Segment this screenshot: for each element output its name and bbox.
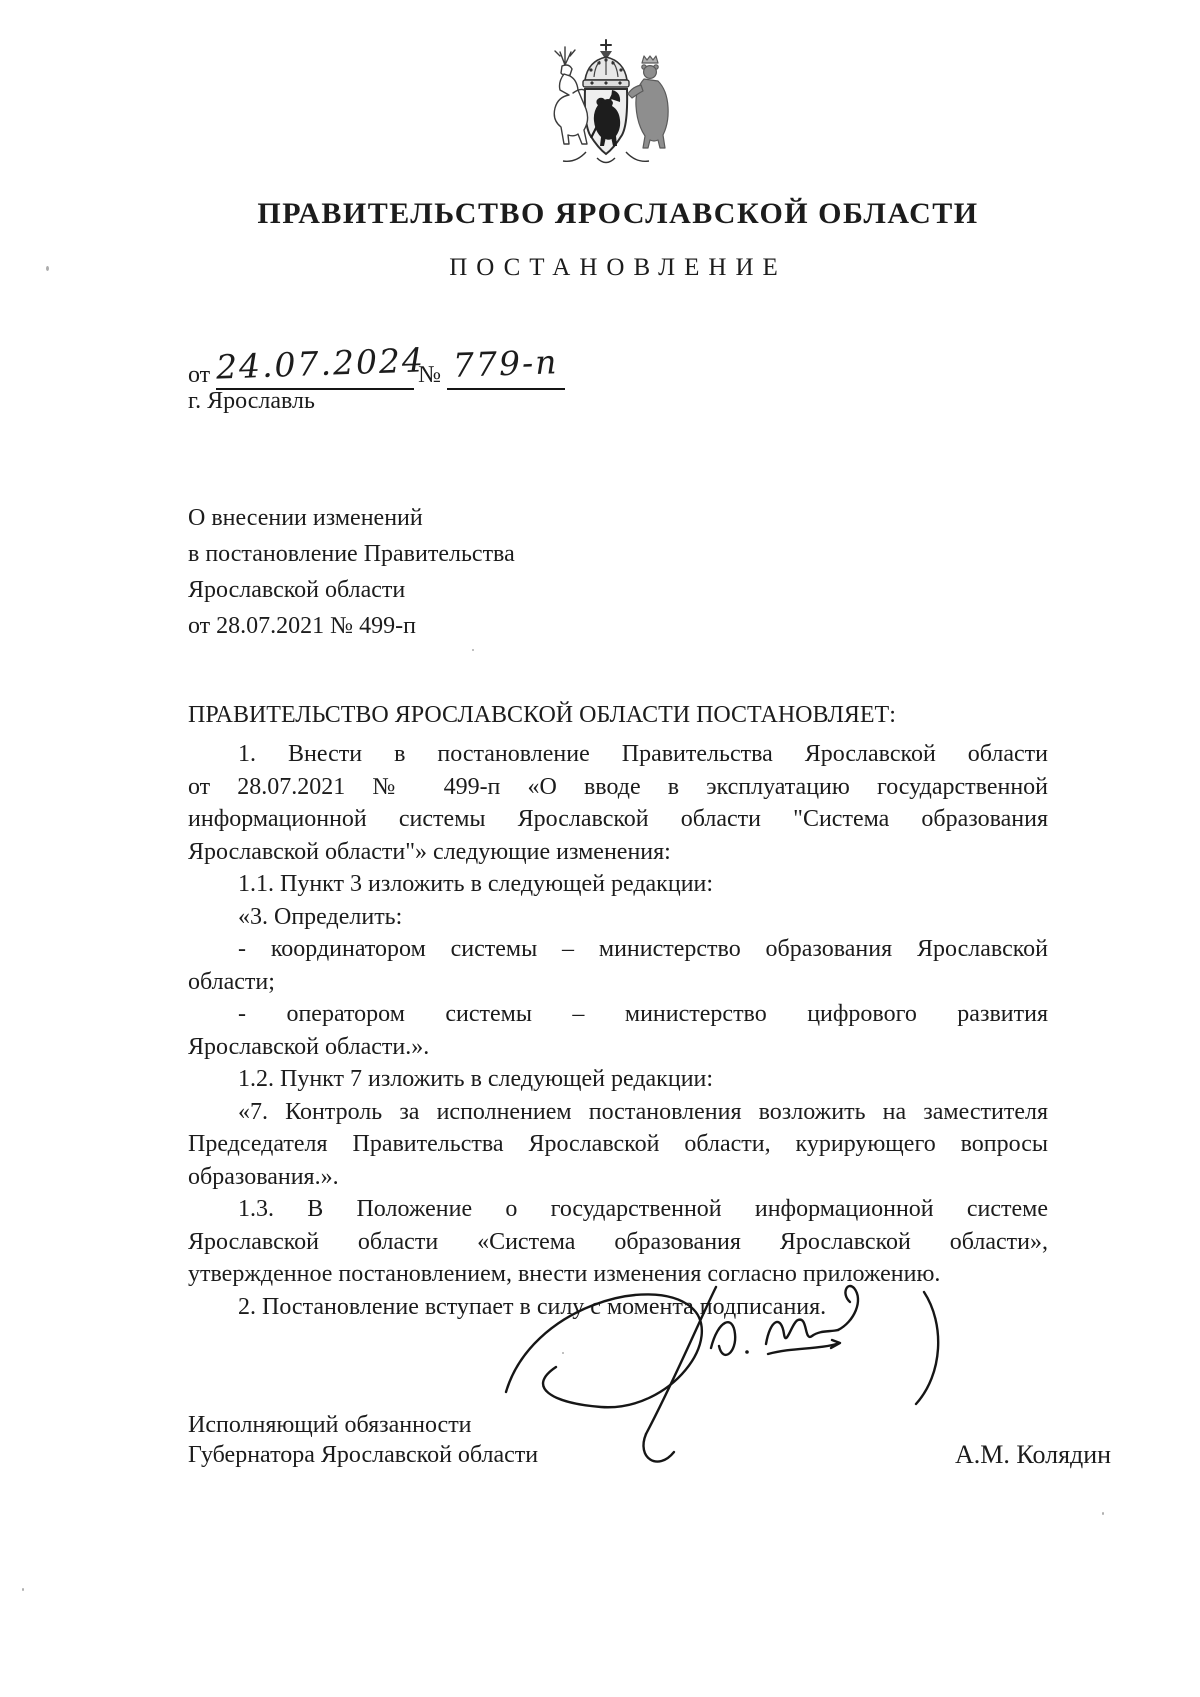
text-line: «3. Определить: (188, 901, 1048, 934)
subject-line: в постановление Правительства (188, 536, 515, 572)
decree-document-page: ПРАВИТЕЛЬСТВО ЯРОСЛАВСКОЙ ОБЛАСТИ ПОСТАН… (0, 0, 1200, 1697)
text-line: Ярославской области"» следующие изменени… (188, 836, 1048, 869)
resolution-heading: ПРАВИТЕЛЬСТВО ЯРОСЛАВСКОЙ ОБЛАСТИ ПОСТАН… (188, 702, 1048, 729)
paragraph-quote-7: «7. Контроль за исполнением постановлени… (188, 1096, 1048, 1194)
scan-speck (1102, 1512, 1104, 1515)
text-line: Ярославской области «Система образования… (188, 1226, 1048, 1259)
doc-type-heading: ПОСТАНОВЛЕНИЕ (188, 254, 1048, 282)
subject-line: от 28.07.2021 № 499-п (188, 608, 515, 644)
text-line: 1.2. Пункт 7 изложить в следующей редакц… (188, 1063, 1048, 1096)
signature-icon (486, 1272, 966, 1492)
scan-speck (472, 649, 474, 651)
subject-block: О внесении изменений в постановление Пра… (188, 500, 515, 644)
document-body: 1. Внести в постановление Правительства … (188, 738, 1048, 1323)
date-field: 24.07.2024 (216, 344, 414, 390)
text-line: от 28.07.2021 № 499-п «О вводе в эксплуа… (188, 771, 1048, 804)
city-label: г. Ярославль (188, 388, 315, 415)
scan-speck (562, 1352, 564, 1354)
coat-of-arms-icon (528, 36, 684, 175)
paragraph-1-1: 1.1. Пункт 3 изложить в следующей редакц… (188, 868, 1048, 901)
text-line: области; (188, 966, 1048, 999)
signer-position: Исполняющий обязанности Губернатора Ярос… (188, 1410, 538, 1470)
paragraph-operator: - оператором системы – министерство цифр… (188, 998, 1048, 1063)
text-line: образования.». (188, 1161, 1048, 1194)
text-line: 1. Внести в постановление Правительства … (188, 738, 1048, 771)
date-label: от (188, 363, 210, 390)
org-name-heading: ПРАВИТЕЛЬСТВО ЯРОСЛАВСКОЙ ОБЛАСТИ (188, 197, 1048, 231)
subject-line: О внесении изменений (188, 500, 515, 536)
paragraph-coordinator: - координатором системы – министерство о… (188, 933, 1048, 998)
number-field: 779-п (447, 344, 565, 390)
handwritten-number: 779-п (453, 342, 560, 386)
text-line: 1.3. В Положение о государственной инфор… (188, 1193, 1048, 1226)
requisites-row: от 24.07.2024 № 779-п (188, 344, 569, 390)
text-line: - оператором системы – министерство цифр… (188, 998, 1048, 1031)
paragraph-quote-3: «3. Определить: (188, 901, 1048, 934)
text-line: 1.1. Пункт 3 изложить в следующей редакц… (188, 868, 1048, 901)
scan-speck (46, 266, 49, 271)
paragraph-1-2: 1.2. Пункт 7 изложить в следующей редакц… (188, 1063, 1048, 1096)
text-line: «7. Контроль за исполнением постановлени… (188, 1096, 1048, 1129)
paragraph-1: 1. Внести в постановление Правительства … (188, 738, 1048, 868)
signer-position-line: Исполняющий обязанности (188, 1410, 538, 1440)
handwritten-date: 24.07.2024 (216, 340, 426, 387)
signer-position-line: Губернатора Ярославской области (188, 1440, 538, 1470)
subject-line: Ярославской области (188, 572, 515, 608)
text-line: - координатором системы – министерство о… (188, 933, 1048, 966)
scan-speck (22, 1588, 24, 1591)
text-line: Председателя Правительства Ярославской о… (188, 1128, 1048, 1161)
text-line: информационной системы Ярославской облас… (188, 803, 1048, 836)
signer-name: А.М. Колядин (955, 1440, 1111, 1470)
text-line: Ярославской области.». (188, 1031, 1048, 1064)
